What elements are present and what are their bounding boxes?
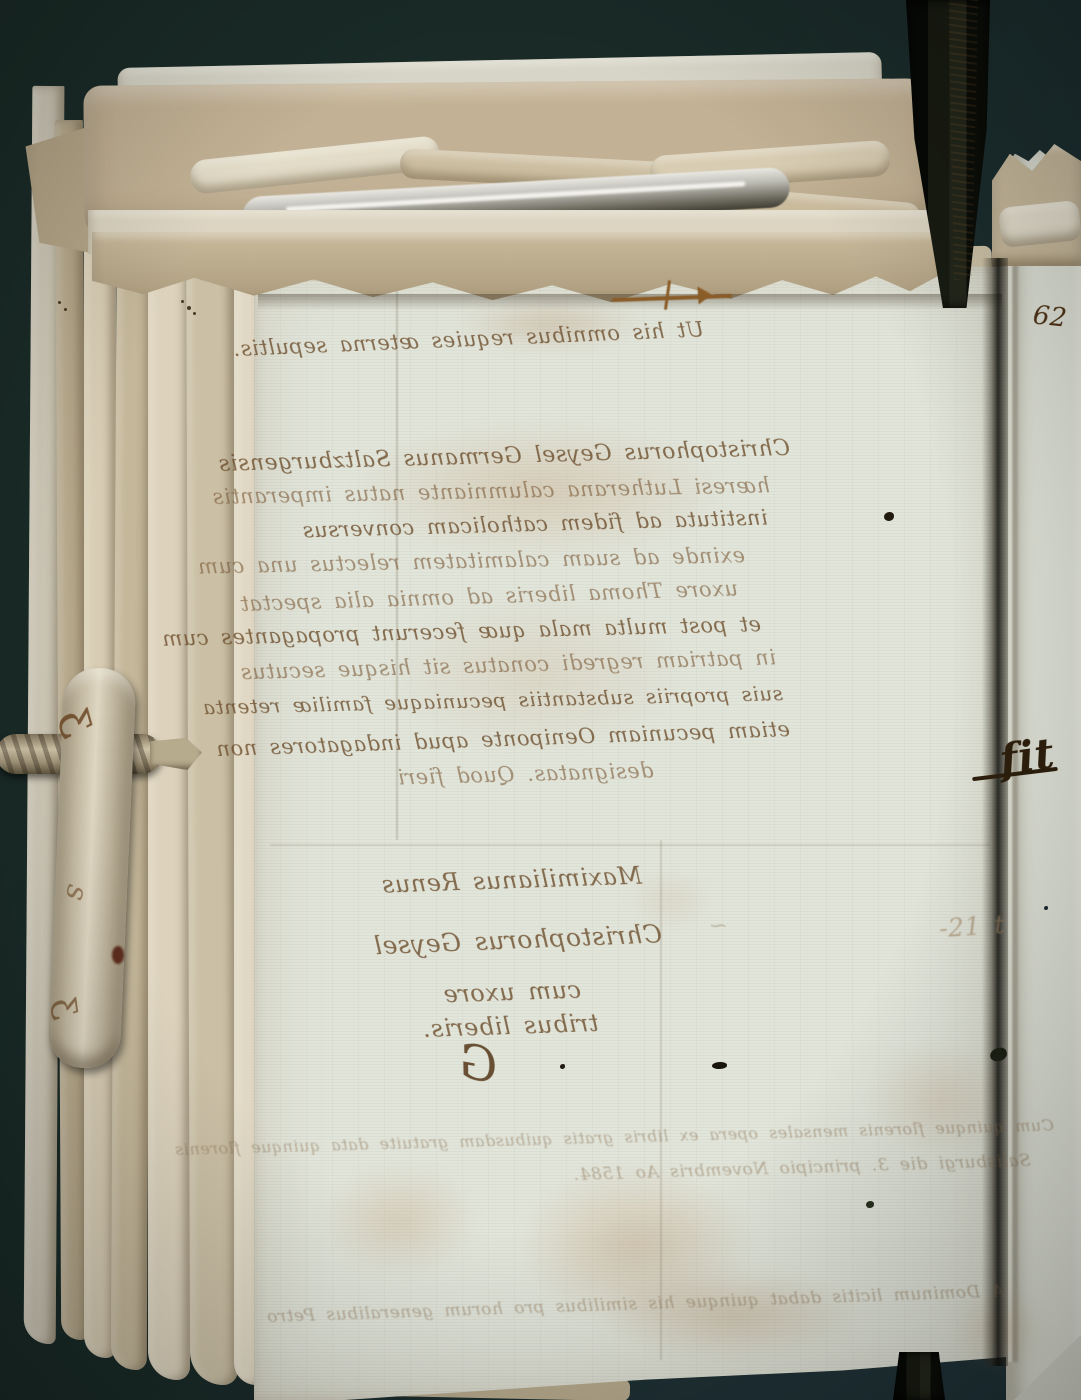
paraph-mark: G bbox=[444, 1031, 513, 1097]
stain-blob bbox=[112, 946, 124, 964]
left-stack-strip bbox=[186, 170, 238, 1385]
ink-spot bbox=[560, 1064, 565, 1069]
scrap-ink-glyph: s bbox=[58, 882, 96, 905]
book-gutter-shadow bbox=[982, 258, 1008, 1366]
wormhole bbox=[187, 306, 191, 310]
page-crease bbox=[270, 844, 990, 846]
folio-number: 62 bbox=[1025, 300, 1076, 335]
ink-spot bbox=[866, 1201, 874, 1208]
wormhole bbox=[193, 312, 196, 315]
right-top-crumple-fold bbox=[998, 200, 1081, 248]
wormhole bbox=[181, 300, 184, 303]
scrap-ink-glyph: ʒ bbox=[55, 702, 111, 740]
ink-spot bbox=[884, 512, 894, 521]
stain bbox=[290, 1140, 510, 1300]
ink-cross-mark-head bbox=[697, 286, 712, 305]
ink-spot bbox=[712, 1062, 727, 1069]
wormhole bbox=[64, 308, 67, 311]
ink-spot bbox=[1044, 906, 1048, 910]
scrap-ink-glyph: ʒ bbox=[48, 995, 91, 1021]
stack-shadow bbox=[258, 294, 1002, 310]
right-page-fold-highlight bbox=[1008, 262, 1012, 1362]
wormhole bbox=[58, 301, 61, 304]
signature-line: cum uxore bbox=[432, 975, 593, 1009]
right-page-fold-shadow bbox=[1013, 262, 1018, 1362]
page-crease bbox=[660, 840, 662, 1360]
spine-strap-bottom bbox=[893, 1352, 945, 1400]
tiny-ink-mark: ⁓ bbox=[698, 916, 738, 935]
